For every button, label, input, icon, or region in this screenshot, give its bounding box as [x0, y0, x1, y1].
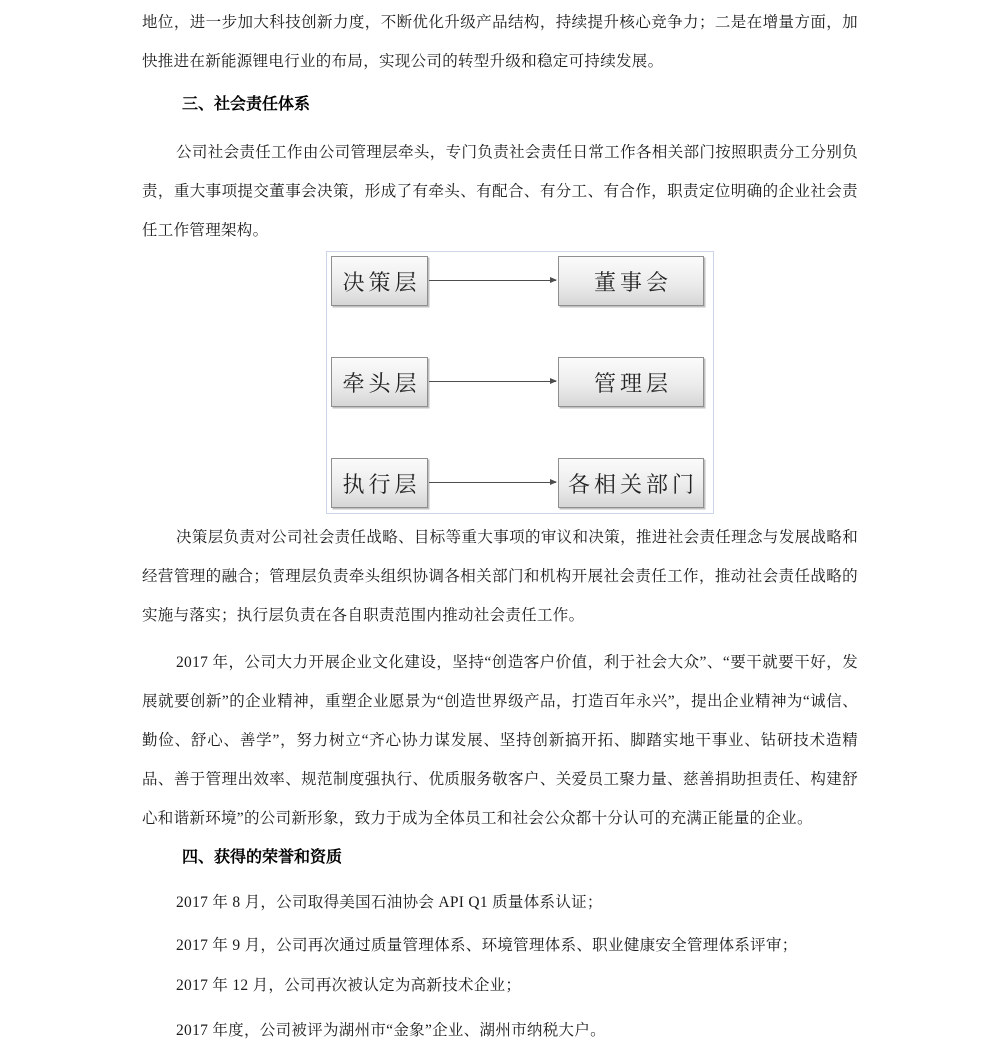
paragraph-layer-duties: 决策层负责对公司社会责任战略、目标等重大事项的审议和决策，推进社会责任理念与发展…	[142, 518, 858, 635]
diagram-box-leading-layer: 牵头层	[331, 357, 428, 407]
right-arrow-icon	[429, 381, 556, 382]
diagram-row-decision: 决策层 董事会	[327, 256, 713, 306]
right-arrow-icon	[429, 482, 556, 483]
paragraph-csr-structure: 公司社会责任工作由公司管理层牵头，专门负责社会责任日常工作各相关部门按照职责分工…	[142, 133, 858, 250]
honor-item-golden-elephant: 2017 年度，公司被评为湖州市“金象”企业、湖州市纳税大户。	[142, 1011, 858, 1050]
honor-item-high-tech-enterprise: 2017 年 12 月，公司再次被认定为高新技术企业；	[142, 966, 858, 1005]
section-heading-social-responsibility-system: 三、社会责任体系	[142, 94, 898, 116]
honor-item-api-q1: 2017 年 8 月，公司取得美国石油协会 API Q1 质量体系认证；	[142, 883, 858, 922]
paragraph-intro-continuation: 地位，进一步加大科技创新力度，不断优化升级产品结构，持续提升核心竞争力；二是在增…	[142, 3, 858, 81]
diagram-box-execution-layer: 执行层	[331, 458, 428, 508]
right-arrow-icon	[429, 280, 556, 281]
honor-item-management-systems: 2017 年 9 月，公司再次通过质量管理体系、环境管理体系、职业健康安全管理体…	[142, 926, 858, 965]
diagram-row-leading: 牵头层 管理层	[327, 357, 713, 407]
org-structure-diagram: 决策层 董事会 牵头层 管理层 执行层 各相关部门	[326, 251, 714, 514]
diagram-box-related-departments: 各相关部门	[558, 458, 704, 508]
diagram-row-execution: 执行层 各相关部门	[327, 458, 713, 508]
section-heading-honors-qualifications: 四、获得的荣誉和资质	[142, 847, 898, 869]
diagram-box-decision-layer: 决策层	[331, 256, 428, 306]
paragraph-corporate-culture: 2017 年，公司大力开展企业文化建设，坚持“创造客户价值，利于社会大众”、“要…	[142, 643, 858, 838]
diagram-box-board-of-directors: 董事会	[558, 256, 704, 306]
diagram-box-management-layer: 管理层	[558, 357, 704, 407]
document-page: 地位，进一步加大科技创新力度，不断优化升级产品结构，持续提升核心竞争力；二是在增…	[0, 0, 1000, 1056]
